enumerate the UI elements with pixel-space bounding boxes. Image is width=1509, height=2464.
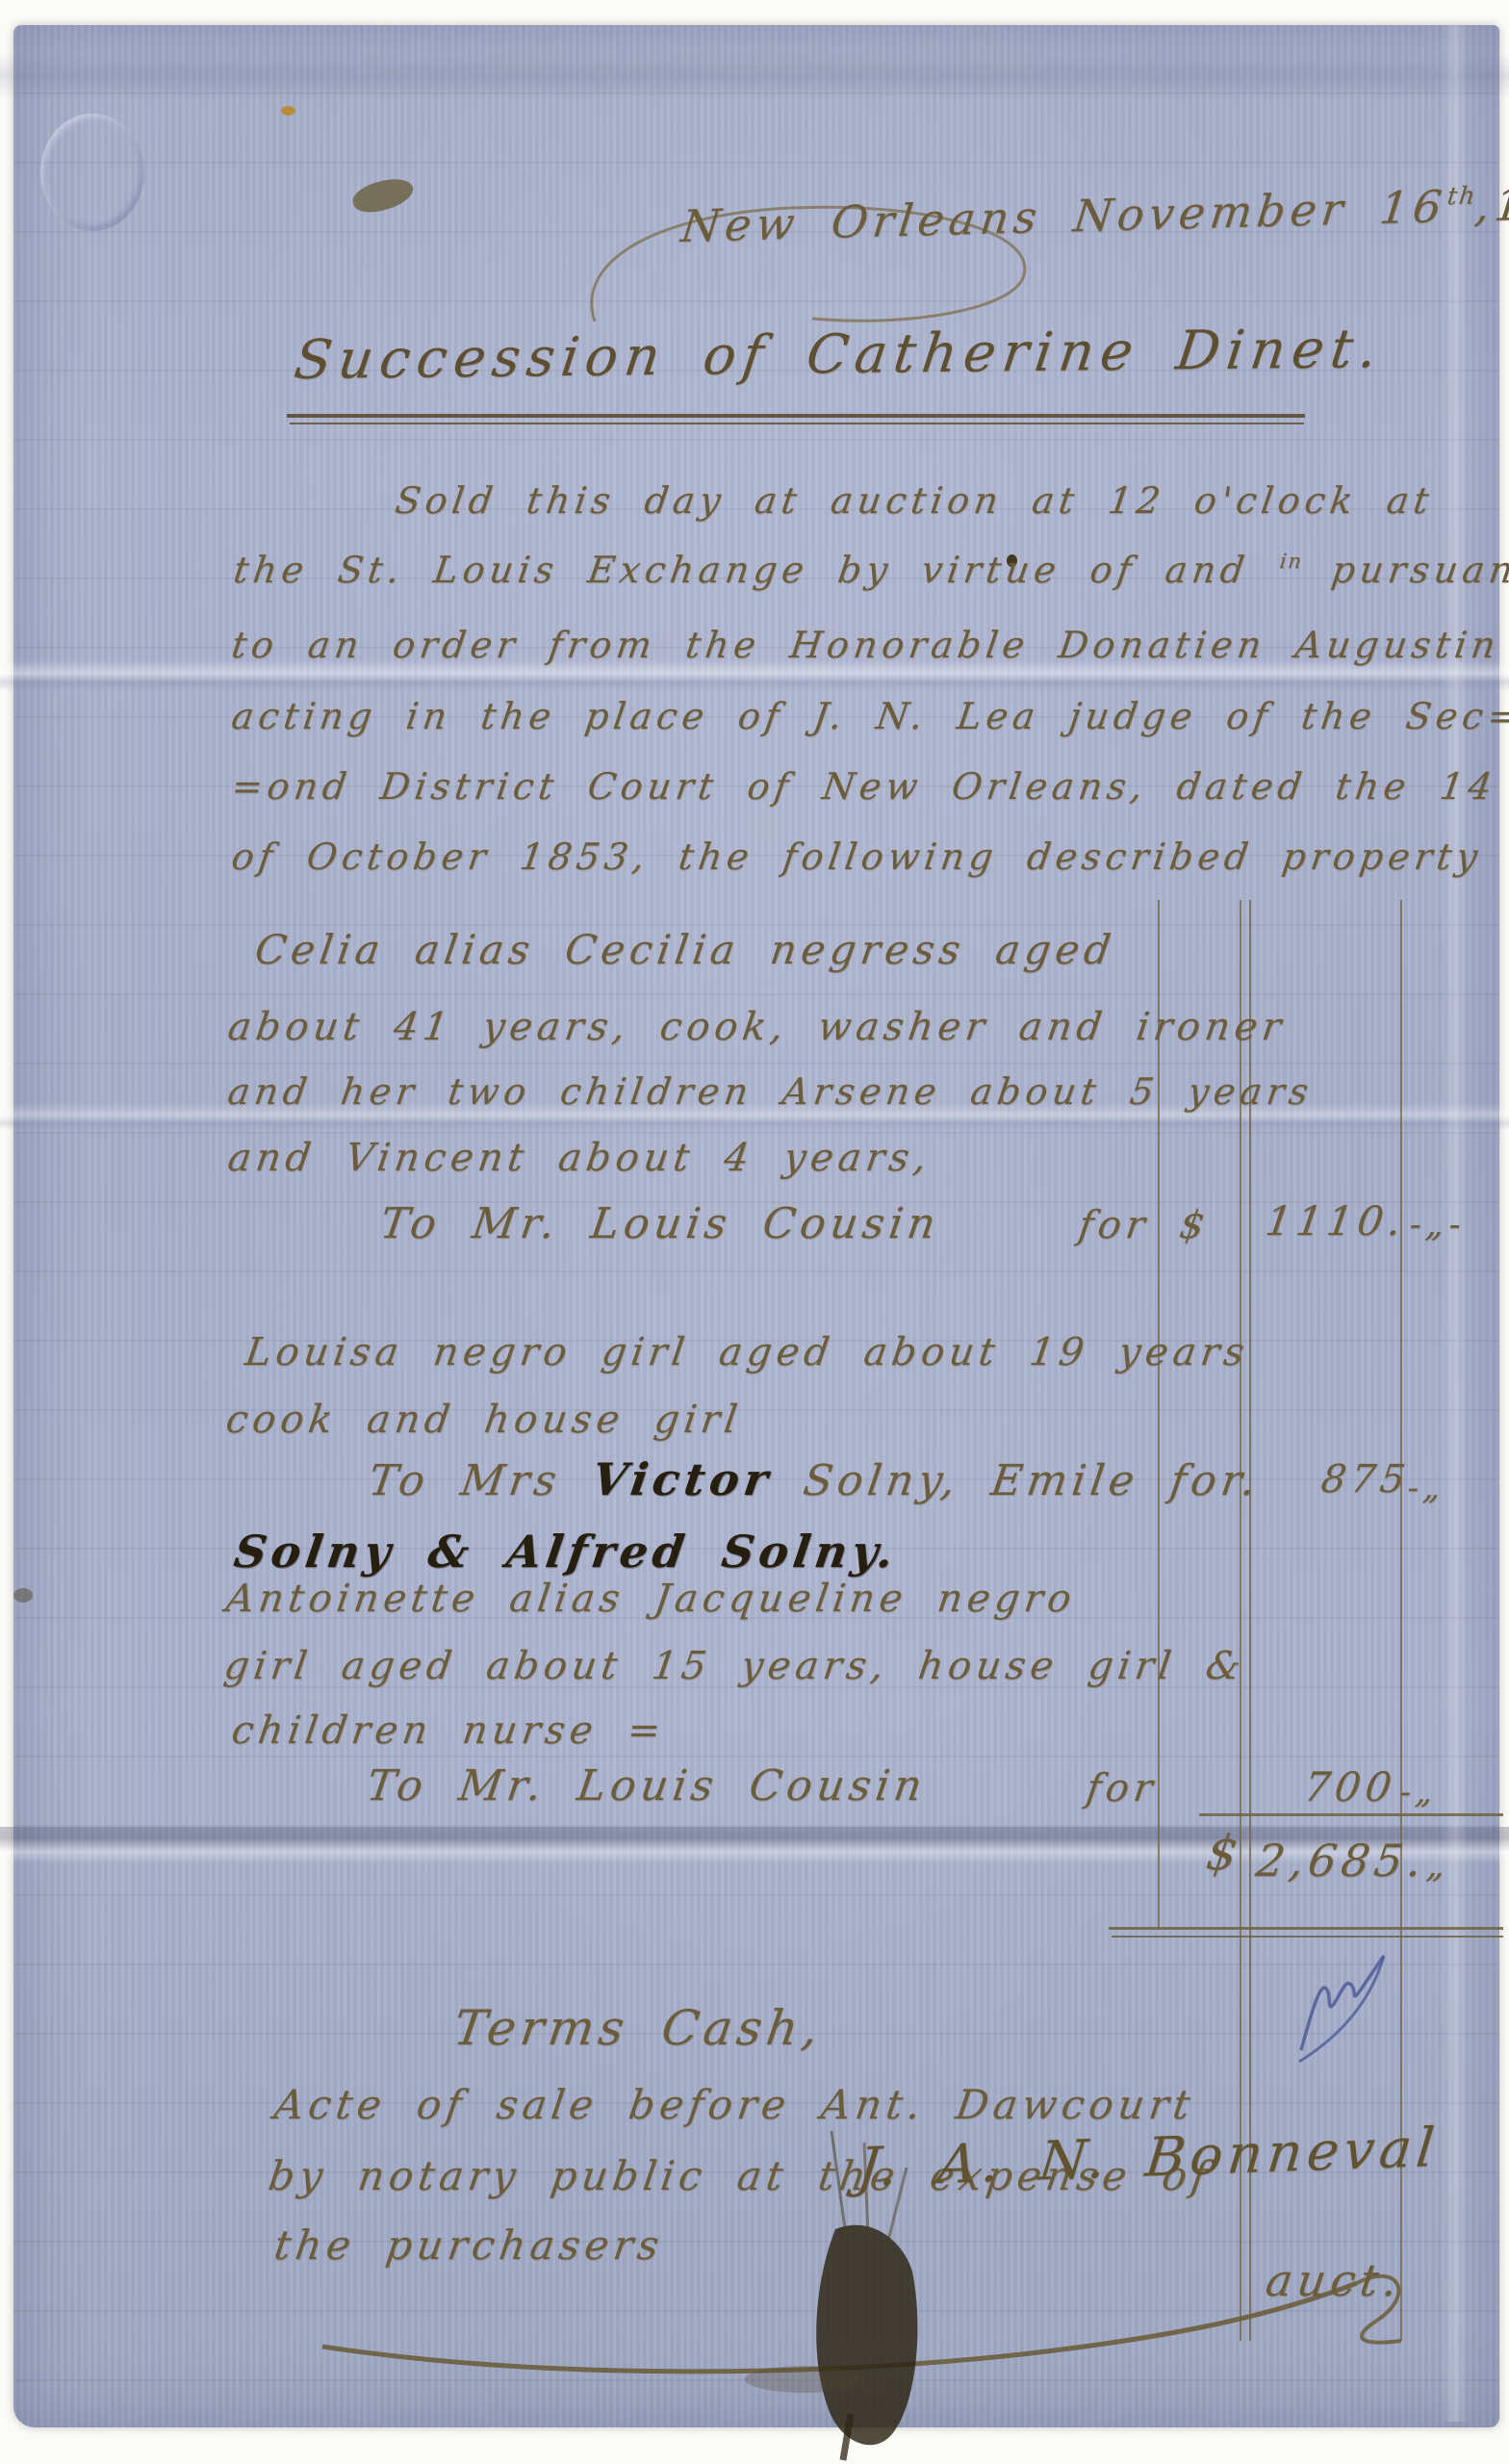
page-title: Succession of Catherine Dinet. xyxy=(291,318,1388,392)
intro-line-4: acting in the place of J. N. Lea judge o… xyxy=(229,695,1509,737)
handwriting-layer: New Orleans November 16th,1853 Successio… xyxy=(0,0,1509,2464)
total-currency: $ xyxy=(1203,1825,1246,1881)
lot2-buyer-inserted: Victor xyxy=(589,1453,776,1505)
lot2-buyer-continued: Solny & Alfred Solny. xyxy=(231,1526,902,1578)
acte-line-3: the purchasers xyxy=(271,2221,667,2269)
total-amount: 2,685. xyxy=(1253,1835,1430,1886)
intro-line-2a: the St. Louis Exchange by virtue of and xyxy=(231,549,1252,591)
intro-line-3: to an order from the Honorable Donatien … xyxy=(229,624,1503,666)
lot1-buyer: To Mr. Louis Cousin xyxy=(377,1199,943,1248)
lot1-line-3: and her two children Arsene about 5 year… xyxy=(225,1070,1316,1113)
lot1-line-2: about 41 years, cook, washer and ironer xyxy=(225,1005,1289,1049)
intro-line-6: of October 1853, the following described… xyxy=(229,835,1509,878)
intro-line-2: the St. Louis Exchange by virtue of and … xyxy=(231,549,1509,591)
dateline-pre: New Orleans November 16 xyxy=(678,180,1449,252)
lot3-amount: 700 xyxy=(1301,1763,1399,1810)
lot3-line-2: girl aged about 15 years, house girl & xyxy=(221,1644,1248,1688)
lot1-for-label: for $ xyxy=(1076,1203,1213,1247)
lot3-for-label: for xyxy=(1084,1766,1160,1810)
dateline-post: ,1853 xyxy=(1472,175,1509,231)
lot3-line-1: Antoinette alias Jacqueline negro xyxy=(223,1577,1079,1621)
dateline: New Orleans November 16th,1853 xyxy=(678,175,1509,252)
lot1-amount: 1110. xyxy=(1263,1197,1409,1245)
intro-line-2-sup: in xyxy=(1278,550,1305,573)
lot2-buyer-pre: To Mrs xyxy=(366,1456,564,1505)
terms-line: Terms Cash, xyxy=(450,2000,827,2056)
intro-line-1: Sold this day at auction at 12 o'clock a… xyxy=(393,479,1436,522)
signature-role: auct. xyxy=(1263,2254,1406,2306)
intro-line-2b: pursuance xyxy=(1329,549,1509,591)
lot1-line-4: and Vincent about 4 years, xyxy=(225,1136,934,1180)
intro-line-5: =ond District Court of New Orleans, date… xyxy=(229,765,1499,808)
dateline-sup: th xyxy=(1445,182,1478,211)
lot2-buyer-post: Solny, Emile for. xyxy=(801,1456,1264,1505)
total-ditto: „ xyxy=(1424,1846,1452,1886)
lot3-ditto: -„ xyxy=(1397,1773,1441,1811)
lot2-line-1: Louisa negro girl aged about 19 years xyxy=(243,1330,1252,1374)
lot2-ditto: -„ xyxy=(1405,1469,1448,1507)
document-scan: New Orleans November 16th,1853 Successio… xyxy=(0,0,1509,2464)
signature: J. A. N. Bonneval xyxy=(855,2117,1442,2199)
lot2-amount: 875 xyxy=(1318,1457,1413,1501)
lot2-buyer-line: To Mrs Victor Solny, Emile for. xyxy=(366,1453,1264,1505)
lot1-ditto: -„- xyxy=(1407,1205,1469,1245)
lot3-buyer: To Mr. Louis Cousin xyxy=(364,1761,930,1810)
lot3-line-3: children nurse = xyxy=(229,1708,668,1753)
lot1-line-1: Celia alias Cecilia negress aged xyxy=(252,926,1118,973)
acte-line-1: Acte of sale before Ant. Dawcourt xyxy=(271,2081,1198,2128)
lot2-line-2: cook and house girl xyxy=(223,1398,745,1442)
